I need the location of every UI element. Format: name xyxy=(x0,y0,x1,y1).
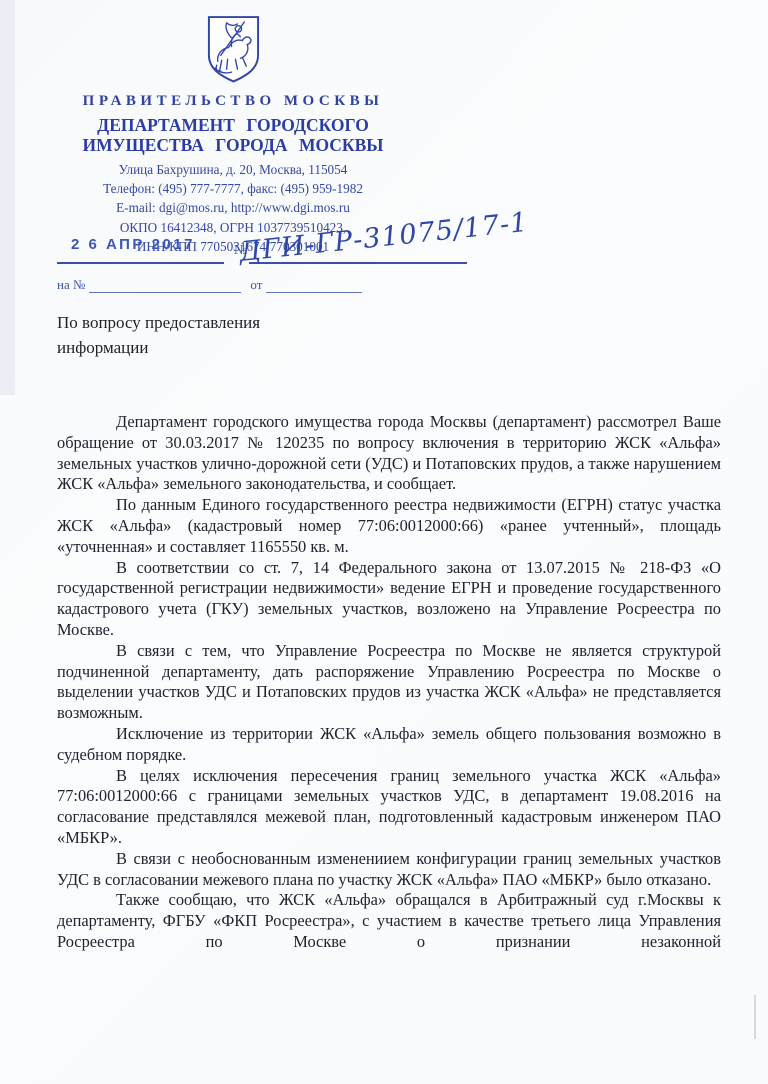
registration-number-line: ДГИ-ГР-31075/17-1 xyxy=(249,230,467,264)
reply-to-blank-line xyxy=(89,278,241,293)
body-paragraph: В целях исключения пересечения границ зе… xyxy=(57,766,721,849)
body-paragraph: По данным Единого государственного реест… xyxy=(57,495,721,557)
subject: По вопросу предоставления информации xyxy=(57,310,260,360)
government-title: ПРАВИТЕЛЬСТВО МОСКВЫ xyxy=(57,93,409,110)
scanned-letter-page: ПРАВИТЕЛЬСТВО МОСКВЫ ДЕПАРТАМЕНТ ГОРОДСК… xyxy=(0,0,768,1084)
letterhead: ПРАВИТЕЛЬСТВО МОСКВЫ ДЕПАРТАМЕНТ ГОРОДСК… xyxy=(57,14,409,256)
body-paragraph: Исключение из территории ЖСК «Альфа» зем… xyxy=(57,724,721,766)
reference-row-reply: на № от xyxy=(57,277,497,293)
reference-block: 2 6 АПР 2017 № ДГИ-ГР-31075/17-1 на № от xyxy=(57,230,497,293)
scan-edge-artifact xyxy=(754,995,756,1039)
department-name-line1: ДЕПАРТАМЕНТ ГОРОДСКОГО xyxy=(57,116,409,136)
subject-line2: информации xyxy=(57,335,260,360)
reply-to-label: на № xyxy=(57,277,85,293)
body-paragraph: В связи с необоснованным изменениием кон… xyxy=(57,849,721,891)
reference-row-number: 2 6 АПР 2017 № ДГИ-ГР-31075/17-1 xyxy=(57,230,497,264)
address-line: Улица Бахрушина, д. 20, Москва, 115054 xyxy=(57,160,409,179)
email-web-line: E-mail: dgi@mos.ru, http://www.dgi.mos.r… xyxy=(57,198,409,217)
body-paragraph: Также сообщаю, что ЖСК «Альфа» обращался… xyxy=(57,890,721,952)
body-paragraph: Департамент городского имущества города … xyxy=(57,412,721,495)
department-name: ДЕПАРТАМЕНТ ГОРОДСКОГО ИМУЩЕСТВА ГОРОДА … xyxy=(57,116,409,155)
body-paragraph: В соответствии со ст. 7, 14 Федерального… xyxy=(57,558,721,641)
phone-fax-line: Телефон: (495) 777-7777, факс: (495) 959… xyxy=(57,179,409,198)
scan-edge-artifact xyxy=(0,0,15,395)
subject-line1: По вопросу предоставления xyxy=(57,310,260,335)
from-label: от xyxy=(250,277,262,293)
body-paragraph: В связи с тем, что Управление Росреестра… xyxy=(57,641,721,724)
letter-body: Департамент городского имущества города … xyxy=(57,412,721,953)
date-stamp: 2 6 АПР 2017 xyxy=(57,236,224,264)
department-name-line2: ИМУЩЕСТВА ГОРОДА МОСКВЫ xyxy=(57,136,409,156)
from-blank-line xyxy=(266,278,362,293)
moscow-coat-of-arms-icon xyxy=(205,14,262,85)
